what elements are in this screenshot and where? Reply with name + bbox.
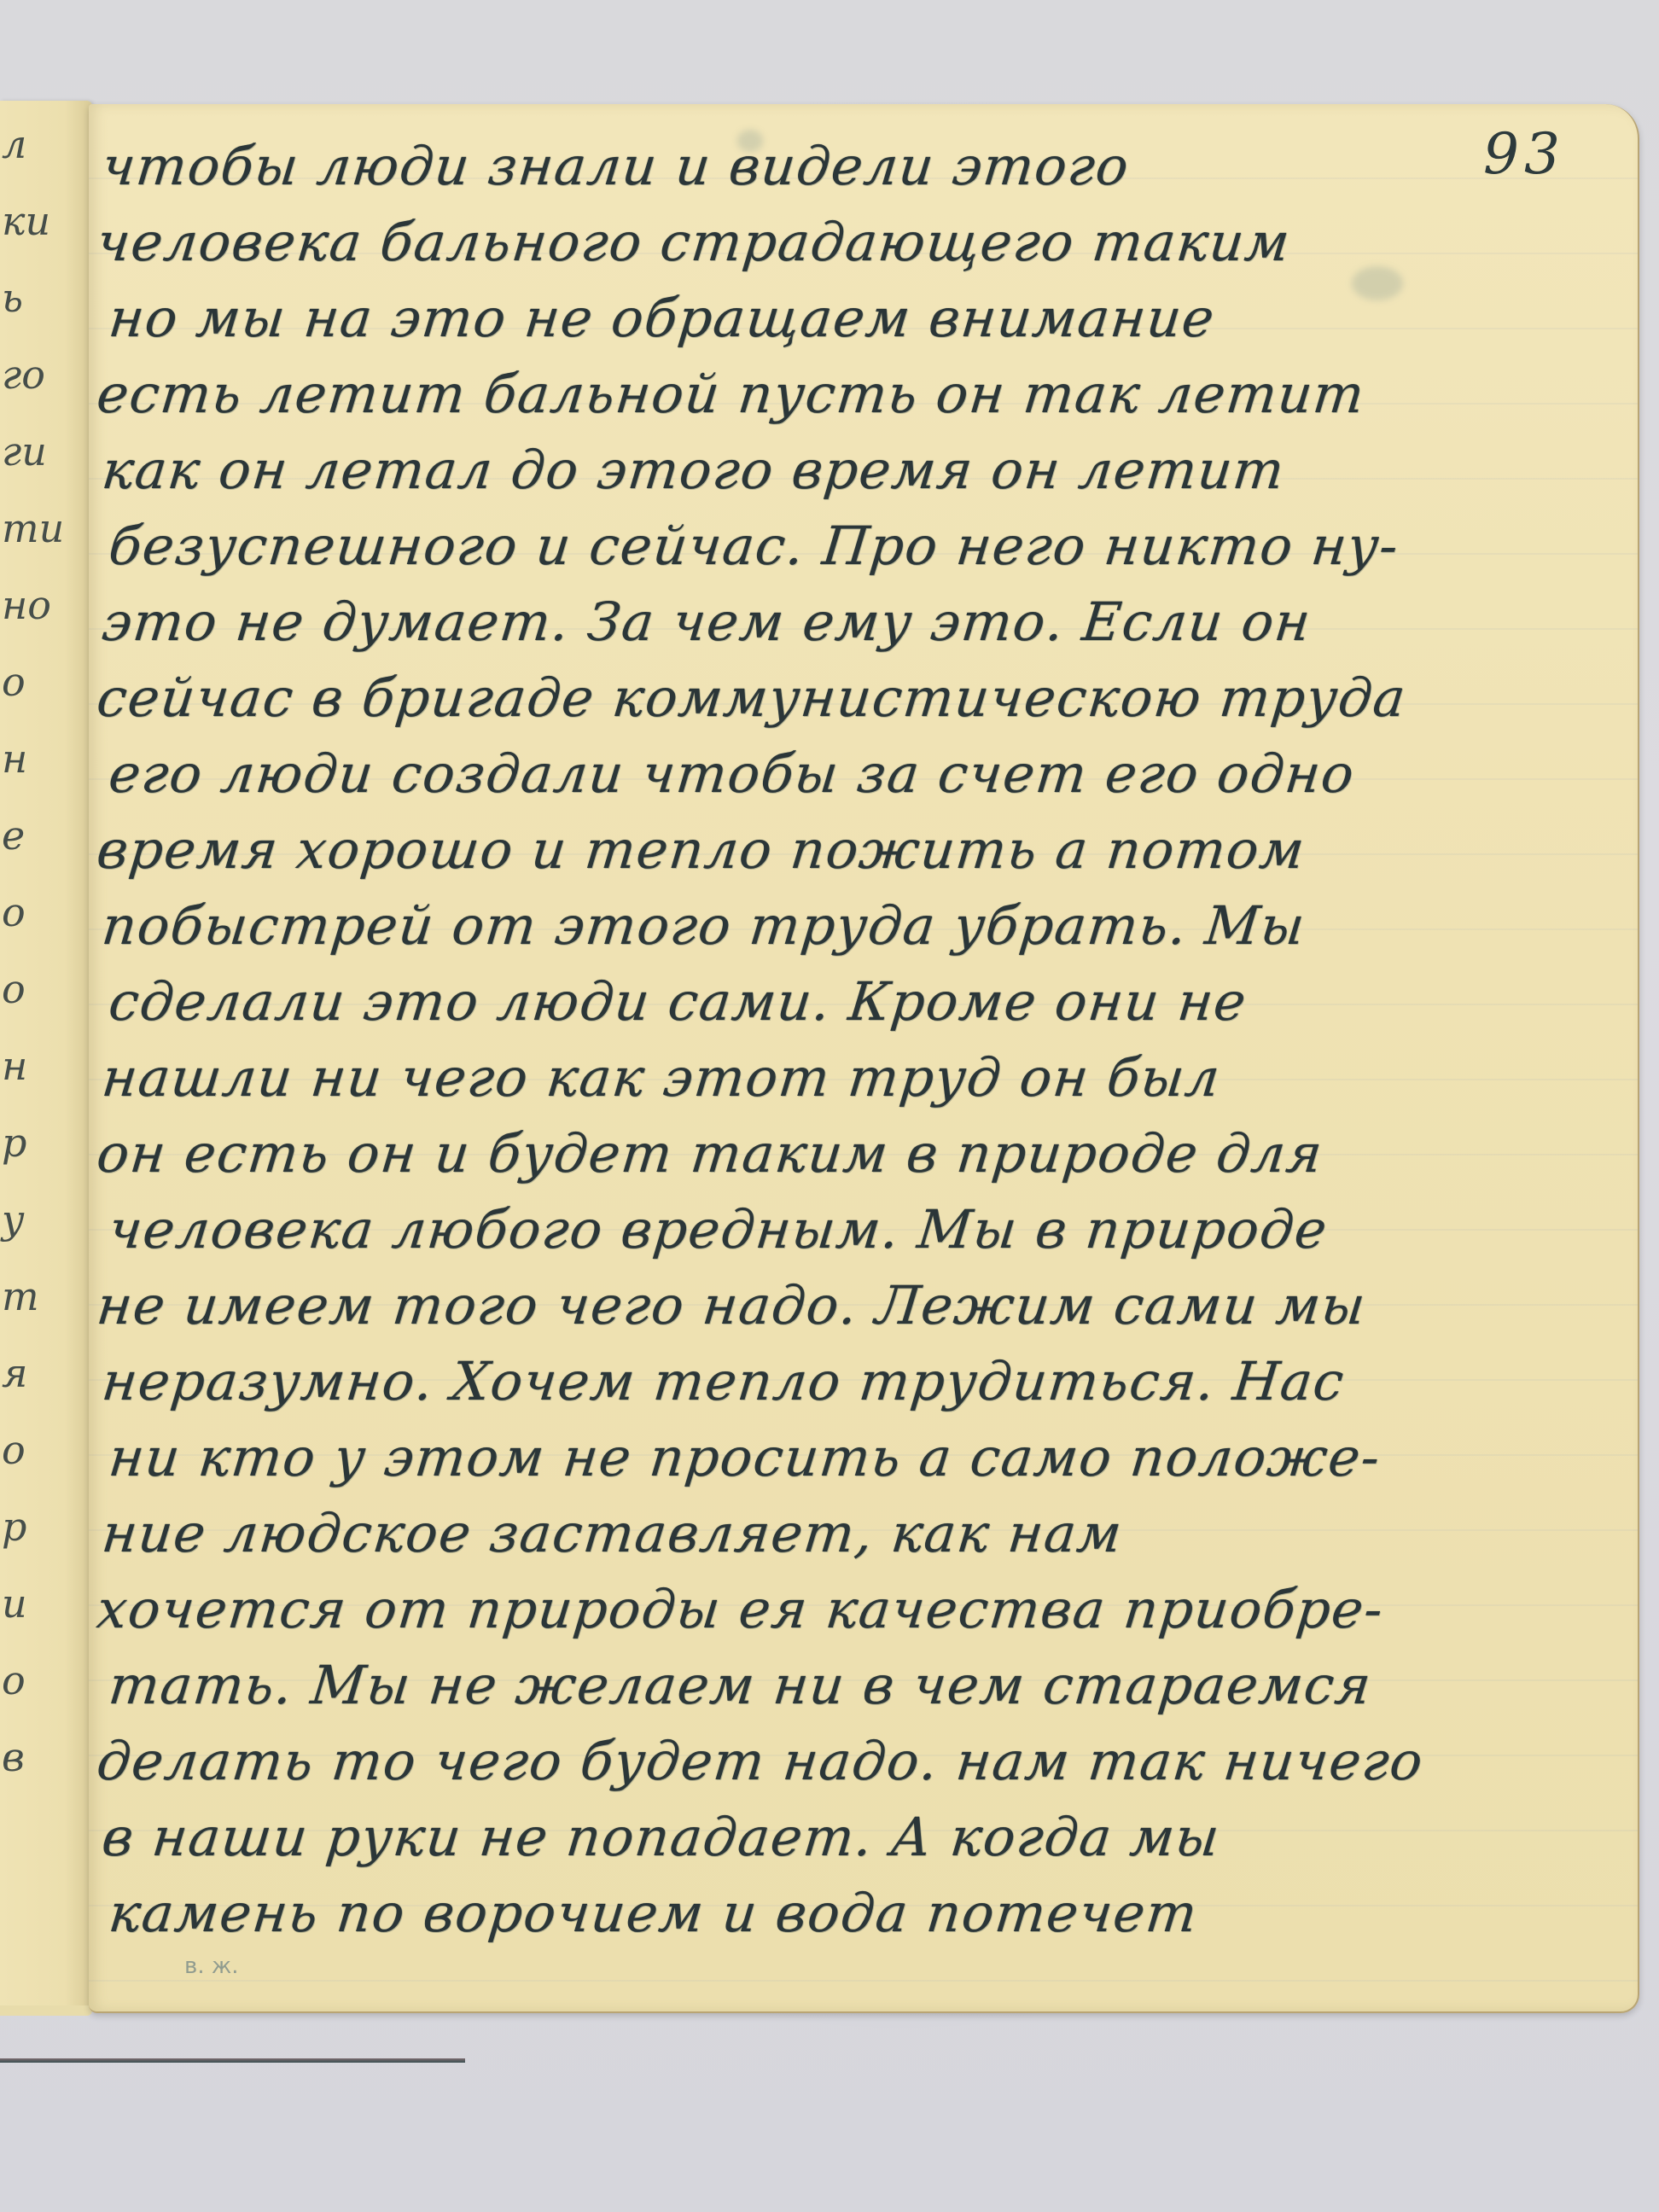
handwritten-line: неразумно. Хочем тепло трудиться. Нас <box>93 1343 1569 1419</box>
previous-page-glyph: у <box>2 1200 25 1239</box>
previous-page-glyph: ти <box>2 509 64 548</box>
handwritten-text-body: чтобы люди знали и видели этогочеловека … <box>97 128 1565 1951</box>
previous-page-glyph: о <box>2 893 26 932</box>
previous-page-glyph: н <box>2 1046 27 1086</box>
previous-page-glyph: е <box>2 816 25 855</box>
previous-page-glyph: л <box>2 125 26 164</box>
handwritten-line: камень по ворочием и вода потечет <box>93 1875 1569 1951</box>
handwritten-line: это не думает. За чем ему это. Если он <box>93 584 1569 660</box>
handwritten-line: в наши руки не попадает. А когда мы <box>93 1799 1569 1875</box>
handwritten-line: он есть он и будет таким в природе для <box>93 1115 1569 1191</box>
handwritten-line: сейчас в бригаде коммунистическою труда <box>93 660 1569 736</box>
handwritten-line: тать. Мы не желаем ни в чем стараемся <box>93 1647 1569 1723</box>
handwritten-line: хочется от природы ея качества приобре- <box>93 1571 1569 1647</box>
previous-page-glyph: н <box>2 739 27 778</box>
desk-edge-line <box>0 2058 465 2063</box>
previous-page-glyph: ь <box>2 278 23 317</box>
handwritten-line: безуспешного и сейчас. Про него никто ну… <box>93 508 1569 584</box>
handwritten-line: ни кто у этом не просить а само положе- <box>93 1419 1569 1495</box>
previous-page-glyph: я <box>2 1353 27 1393</box>
handwritten-line: но мы на это не обращаем внимание <box>93 280 1569 356</box>
previous-page-glyph: ки <box>2 201 50 241</box>
previous-page-edge: лкиьгогитиноонеоонрутяориов <box>0 101 92 2008</box>
handwritten-line: делать то чего будет надо. нам так ничег… <box>93 1723 1569 1799</box>
previous-page-glyph: о <box>2 662 26 701</box>
handwritten-line: чтобы люди знали и видели этого <box>93 128 1569 204</box>
previous-page-bottom-edge <box>0 2005 92 2016</box>
handwritten-line: человека любого вредным. Мы в природе <box>93 1191 1569 1267</box>
previous-page-glyph: ги <box>2 432 47 471</box>
previous-page-glyph: о <box>2 1430 26 1470</box>
previous-page-glyph: о <box>2 1661 26 1700</box>
handwritten-line: не имеем того чего надо. Лежим сами мы <box>93 1267 1569 1343</box>
previous-page-glyph: о <box>2 969 26 1009</box>
previous-page-glyph: в <box>2 1738 25 1777</box>
handwritten-line: побыстрей от этого труда убрать. Мы <box>93 888 1569 963</box>
notebook-page: 93 чтобы люди знали и видели этогочелове… <box>89 104 1639 2013</box>
previous-page-glyph: и <box>2 1584 27 1623</box>
faint-footer-mark: в. ж. <box>184 1953 239 1979</box>
previous-page-glyph: го <box>2 355 45 394</box>
handwritten-line: человека бального страдающего таким <box>93 204 1569 280</box>
previous-page-glyph: р <box>2 1123 26 1162</box>
handwritten-line: его люди создали чтобы за счет его одно <box>93 736 1569 812</box>
previous-page-glyph: но <box>2 585 51 625</box>
handwritten-line: нашли ни чего как этот труд он был <box>93 1039 1569 1115</box>
handwritten-line: как он летал до этого время он летит <box>93 432 1569 508</box>
handwritten-line: есть летит бальной пусть он так летит <box>93 356 1569 432</box>
handwritten-line: время хорошо и тепло пожить а потом <box>93 812 1569 888</box>
handwritten-line: ние людское заставляет, как нам <box>93 1495 1569 1571</box>
previous-page-glyph: р <box>2 1507 26 1546</box>
handwritten-line: сделали это люди сами. Кроме они не <box>93 963 1569 1039</box>
previous-page-glyph: т <box>2 1277 39 1316</box>
